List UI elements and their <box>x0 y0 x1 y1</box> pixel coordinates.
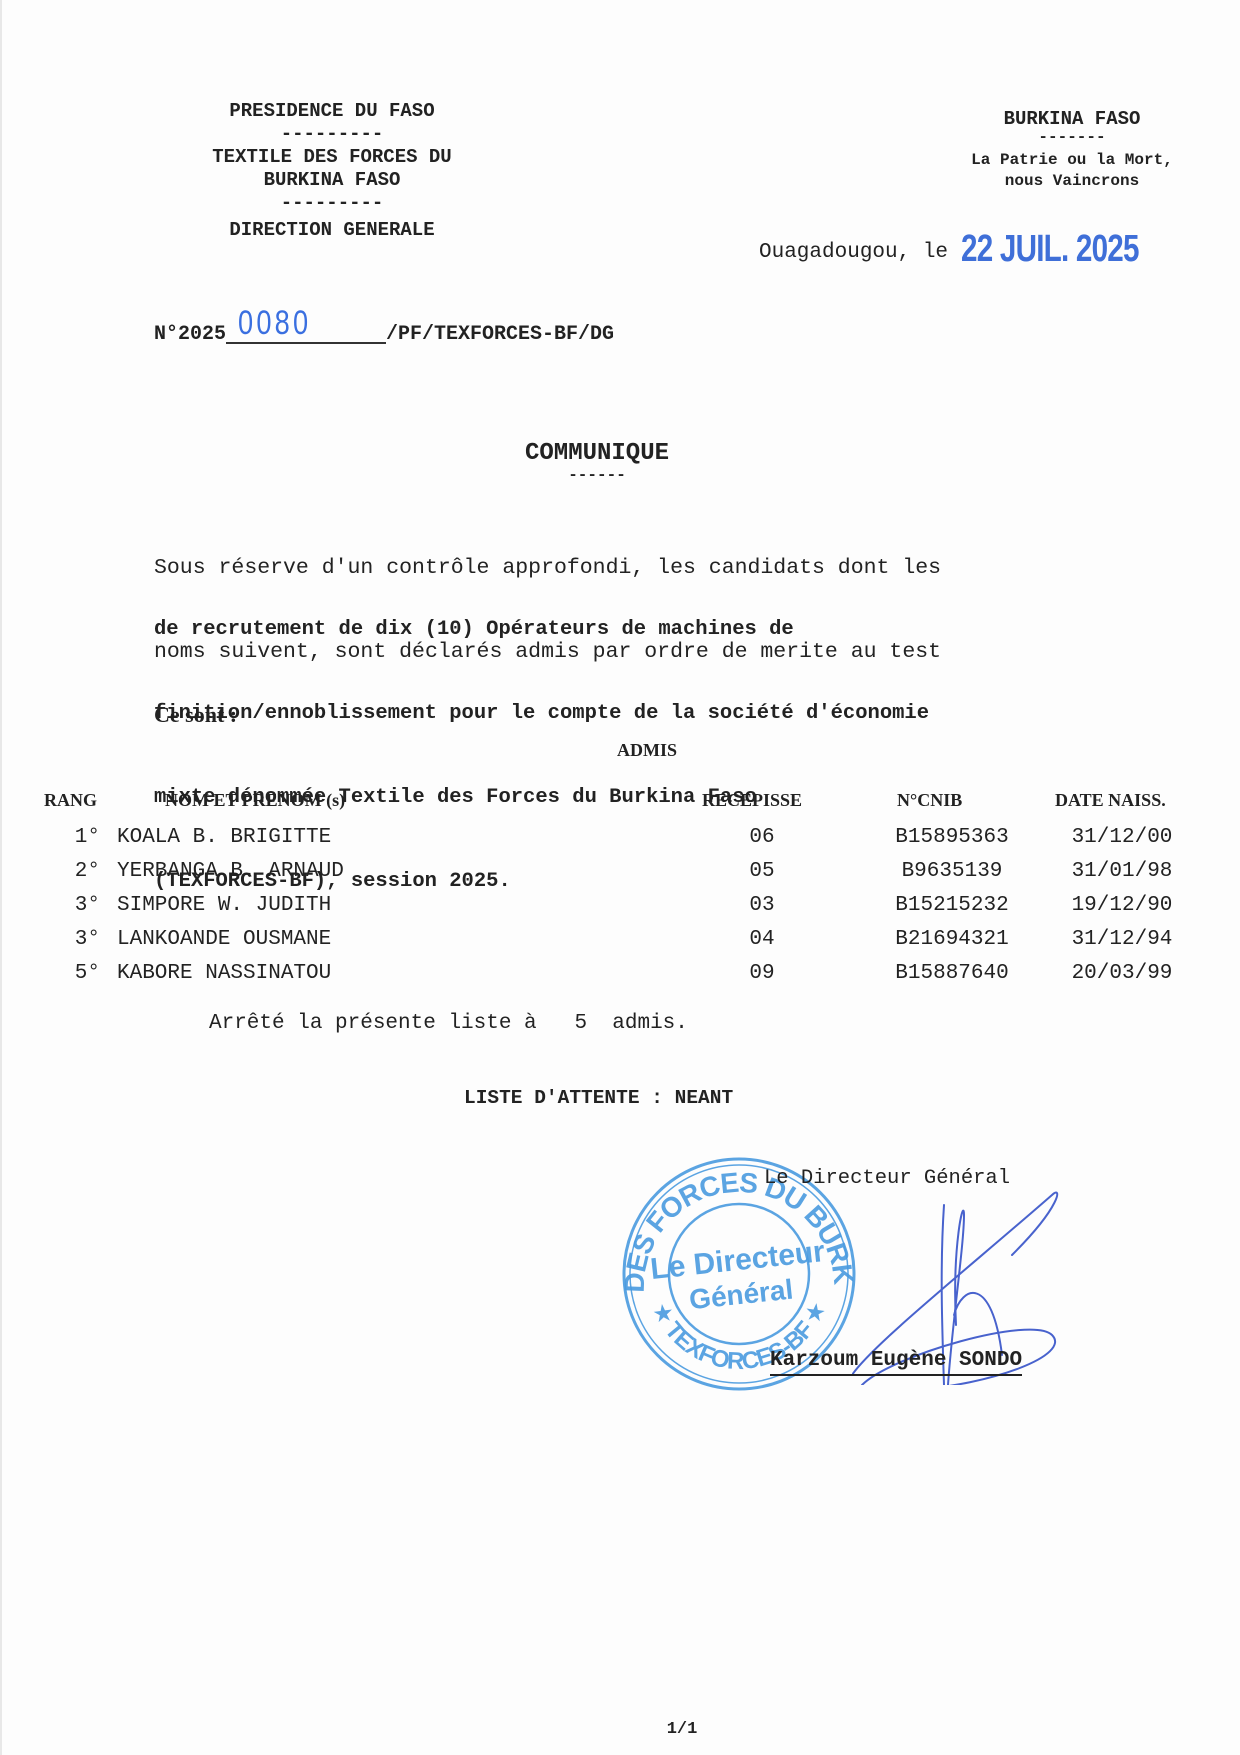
recepisse-cell: 06 <box>722 826 802 849</box>
issuer-header: PRESIDENCE DU FASO --------- TEXTILE DES… <box>162 100 502 242</box>
cnib-cell: B15895363 <box>862 826 1042 849</box>
organization-name-line2: BURKINA FASO <box>162 169 502 192</box>
country-separator: ------- <box>922 130 1222 144</box>
header-separator: --------- <box>162 192 502 215</box>
recepisse-cell: 03 <box>722 894 802 917</box>
organization-name-line1: TEXTILE DES FORCES DU <box>162 146 502 169</box>
title-underline: ------ <box>402 466 792 484</box>
nom-cell: KABORE NASSINATOU <box>117 962 331 985</box>
cnib-cell: B15887640 <box>862 962 1042 985</box>
motto-line1: La Patrie ou la Mort, <box>922 150 1222 171</box>
date-prefix: Ouagadougou, le <box>759 241 961 264</box>
reference-number-field: 0080 <box>226 310 386 344</box>
description-line: finition/ennoblissement pour le compte d… <box>154 700 1114 728</box>
date-stamp: 22 JUIL. 2025 <box>961 228 1139 271</box>
ce-sont-label: Ce sont : <box>154 702 237 728</box>
header-separator: --------- <box>162 123 502 146</box>
recepisse-cell: 09 <box>722 962 802 985</box>
date-cell: 20/03/99 <box>1047 962 1197 985</box>
recepisse-cell: 04 <box>722 928 802 951</box>
date-cell: 31/01/98 <box>1047 860 1197 883</box>
nom-cell: LANKOANDE OUSMANE <box>117 928 331 951</box>
column-header-rang: RANG <box>44 790 97 811</box>
country-header: BURKINA FASO ------- La Patrie ou la Mor… <box>922 108 1222 192</box>
country-name: BURKINA FASO <box>922 108 1222 130</box>
column-header-nom: NOM ET PRENOM (s) <box>165 790 345 811</box>
date-cell: 31/12/00 <box>1047 826 1197 849</box>
column-header-recepisse: RECEPISSE <box>702 790 802 811</box>
column-header-cnib: N°CNIB <box>897 790 962 811</box>
rang-cell: 5° <box>60 962 100 985</box>
cnib-cell: B15215232 <box>862 894 1042 917</box>
date-cell: 31/12/94 <box>1047 928 1197 951</box>
document-page: PRESIDENCE DU FASO --------- TEXTILE DES… <box>0 0 1240 1755</box>
motto-line2: nous Vaincrons <box>922 171 1222 192</box>
rang-cell: 2° <box>60 860 100 883</box>
admis-heading: ADMIS <box>562 740 732 761</box>
cnib-cell: B9635139 <box>862 860 1042 883</box>
rang-cell: 3° <box>60 894 100 917</box>
nom-cell: YERBANGA B. ARNAUD <box>117 860 344 883</box>
signatory-name: Karzoum Eugène SONDO <box>770 1349 1022 1376</box>
date-cell: 19/12/90 <box>1047 894 1197 917</box>
date-line: Ouagadougou, le 22 JUIL. 2025 <box>759 228 1188 271</box>
recepisse-cell: 05 <box>722 860 802 883</box>
cnib-cell: B21694321 <box>862 928 1042 951</box>
direction-label: DIRECTION GENERALE <box>162 219 502 242</box>
table-row: 3° SIMPORE W. JUDITH 03 B15215232 19/12/… <box>2 894 1240 928</box>
reference-prefix: N°2025 <box>154 323 226 346</box>
nom-cell: KOALA B. BRIGITTE <box>117 826 331 849</box>
table-row: 1° KOALA B. BRIGITTE 06 B15895363 31/12/… <box>2 826 1240 860</box>
rang-cell: 3° <box>60 928 100 951</box>
column-header-date: DATE NAISS. <box>1055 790 1166 811</box>
reference-suffix: /PF/TEXFORCES-BF/DG <box>386 323 614 346</box>
nom-cell: SIMPORE W. JUDITH <box>117 894 331 917</box>
table-row: 3° LANKOANDE OUSMANE 04 B21694321 31/12/… <box>2 928 1240 962</box>
list-closure-statement: Arrêté la présente liste à 5 admis. <box>209 1012 688 1035</box>
table-row: 2° YERBANGA B. ARNAUD 05 B9635139 31/01/… <box>2 860 1240 894</box>
document-title: COMMUNIQUE <box>402 440 792 467</box>
waiting-list-statement: LISTE D'ATTENTE : NEANT <box>464 1087 733 1109</box>
page-number: 1/1 <box>642 1720 722 1739</box>
rang-cell: 1° <box>60 826 100 849</box>
presidence-label: PRESIDENCE DU FASO <box>162 100 502 123</box>
table-row: 5° KABORE NASSINATOU 09 B15887640 20/03/… <box>2 962 1240 996</box>
description-line: de recrutement de dix (10) Opérateurs de… <box>154 616 1114 644</box>
reference-number: N°20250080/PF/TEXFORCES-BF/DG <box>154 312 614 346</box>
reference-number-stamp: 0080 <box>238 304 311 343</box>
